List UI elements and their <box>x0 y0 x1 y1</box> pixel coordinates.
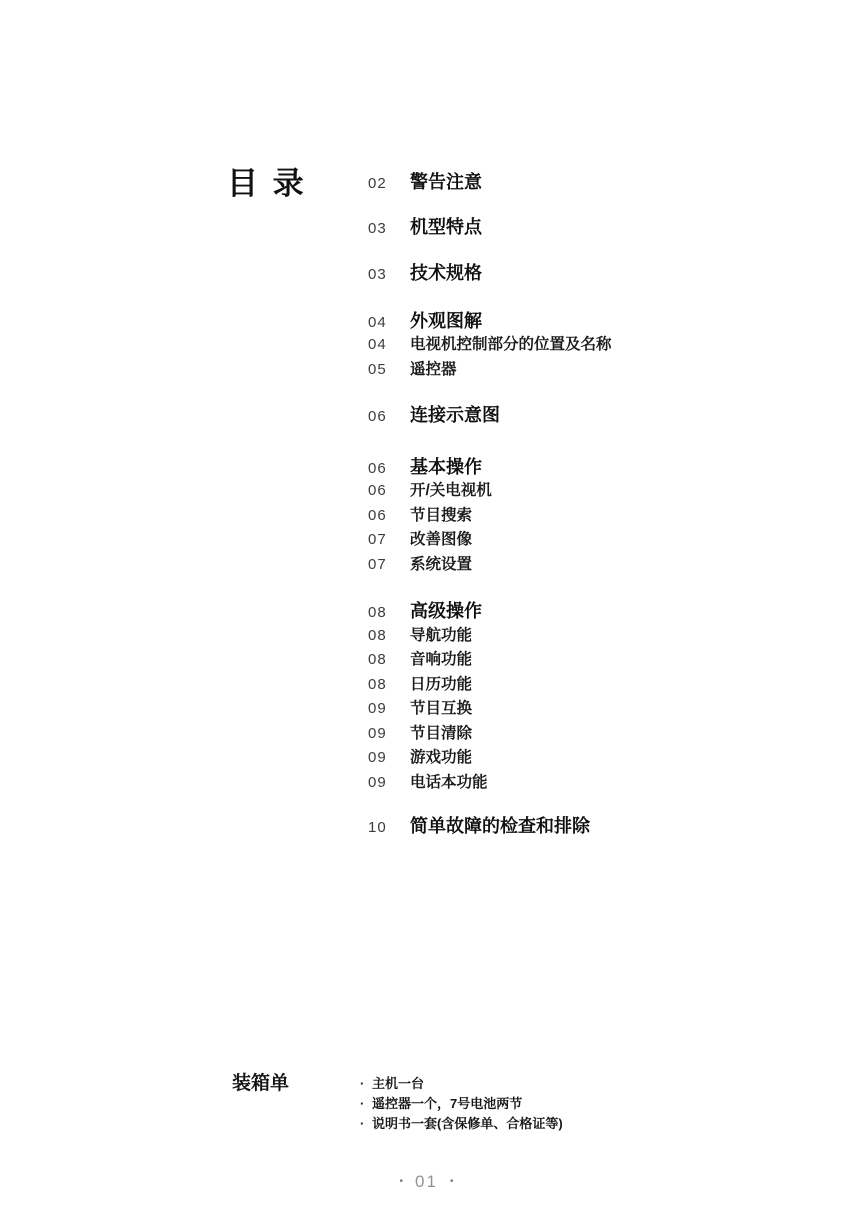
toc-entry-page-number: 09 <box>368 746 410 771</box>
packing-list: ·主机一台·遥控器一个，7号电池两节·说明书一套(含保修单、合格证等) <box>360 1074 563 1134</box>
toc-entry-label: 改善图像 <box>410 528 472 553</box>
packing-item-text: 说明书一套(含保修单、合格证等) <box>372 1116 563 1131</box>
packing-list-title: 装箱单 <box>232 1068 289 1095</box>
packing-list-item: ·遥控器一个，7号电池两节 <box>360 1094 563 1114</box>
toc-group: 10简单故障的检查和排除 <box>368 814 798 839</box>
toc-entry-label: 开/关电视机 <box>410 479 492 504</box>
packing-list-item: ·主机一台 <box>360 1074 563 1094</box>
packing-item-text: 主机一台 <box>372 1076 424 1091</box>
page-title: 目 录 <box>227 158 307 203</box>
toc-entry-page-number: 08 <box>368 648 410 673</box>
toc-entry-label: 遥控器 <box>410 358 457 383</box>
toc-entry-page-number: 07 <box>368 553 410 578</box>
toc-entry-page-number: 04 <box>368 333 410 358</box>
toc-list: 02警告注意03机型特点03技术规格04外观图解04电视机控制部分的位置及名称0… <box>368 170 798 839</box>
bullet-icon: · <box>360 1114 372 1134</box>
toc-group: 04外观图解04电视机控制部分的位置及名称05遥控器 <box>368 309 798 383</box>
toc-entry-page-number: 06 <box>368 457 410 482</box>
toc-entry-label: 机型特点 <box>410 215 482 240</box>
toc-entry-page-number: 08 <box>368 624 410 649</box>
toc-entry: 04电视机控制部分的位置及名称 <box>368 333 798 358</box>
toc-entry-label: 游戏功能 <box>410 746 472 771</box>
toc-entry: 06连接示意图 <box>368 403 798 428</box>
toc-entry: 09游戏功能 <box>368 746 798 771</box>
toc-entry-label: 警告注意 <box>410 170 482 195</box>
toc-entry-label: 高级操作 <box>410 599 482 624</box>
toc-entry-label: 基本操作 <box>410 455 482 480</box>
toc-entry: 03技术规格 <box>368 261 798 286</box>
packing-item-text: 遥控器一个，7号电池两节 <box>372 1096 522 1111</box>
toc-entry-page-number: 10 <box>368 816 410 841</box>
toc-entry-page-number: 07 <box>368 528 410 553</box>
toc-entry: 06基本操作 <box>368 455 798 480</box>
toc-entry-page-number: 03 <box>368 217 410 242</box>
toc-group: 06连接示意图 <box>368 403 798 428</box>
page-footer: •01• <box>0 1172 853 1192</box>
toc-entry: 08导航功能 <box>368 624 798 649</box>
toc-entry-label: 导航功能 <box>410 624 472 649</box>
bullet-icon: · <box>360 1094 372 1114</box>
toc-entry-label: 节目清除 <box>410 722 472 747</box>
toc-group: 02警告注意 <box>368 170 798 195</box>
toc-group: 03技术规格 <box>368 261 798 286</box>
bullet-icon: · <box>360 1074 372 1094</box>
footer-page-number: 01 <box>415 1172 438 1192</box>
toc-entry-label: 外观图解 <box>410 309 482 334</box>
footer-dot-icon: • <box>400 1176 404 1187</box>
toc-entry-page-number: 09 <box>368 697 410 722</box>
toc-entry-page-number: 03 <box>368 263 410 288</box>
toc-entry: 03机型特点 <box>368 215 798 240</box>
toc-group: 03机型特点 <box>368 215 798 240</box>
toc-entry: 10简单故障的检查和排除 <box>368 814 798 839</box>
toc-entry-page-number: 05 <box>368 358 410 383</box>
toc-entry-page-number: 06 <box>368 504 410 529</box>
toc-entry-label: 节目互换 <box>410 697 472 722</box>
packing-list-item: ·说明书一套(含保修单、合格证等) <box>360 1114 563 1134</box>
toc-entry-label: 音响功能 <box>410 648 472 673</box>
toc-entry-label: 电话本功能 <box>410 771 488 796</box>
toc-entry-page-number: 09 <box>368 722 410 747</box>
toc-entry-label: 技术规格 <box>410 261 482 286</box>
toc-entry-label: 简单故障的检查和排除 <box>410 814 590 839</box>
manual-toc-page: 目 录 02警告注意03机型特点03技术规格04外观图解04电视机控制部分的位置… <box>0 0 853 1232</box>
toc-entry: 09节目互换 <box>368 697 798 722</box>
toc-group: 06基本操作06开/关电视机06节目搜索07改善图像07系统设置 <box>368 455 798 578</box>
toc-entry: 02警告注意 <box>368 170 798 195</box>
toc-entry: 04外观图解 <box>368 309 798 334</box>
toc-entry: 08日历功能 <box>368 673 798 698</box>
toc-entry: 07改善图像 <box>368 528 798 553</box>
toc-entry: 08高级操作 <box>368 599 798 624</box>
toc-entry: 07系统设置 <box>368 553 798 578</box>
toc-entry-page-number: 08 <box>368 673 410 698</box>
toc-entry-label: 日历功能 <box>410 673 472 698</box>
toc-entry-page-number: 08 <box>368 601 410 626</box>
toc-entry: 05遥控器 <box>368 358 798 383</box>
toc-entry-page-number: 06 <box>368 479 410 504</box>
toc-entry-page-number: 06 <box>368 405 410 430</box>
toc-entry: 06开/关电视机 <box>368 479 798 504</box>
toc-group: 08高级操作08导航功能08音响功能08日历功能09节目互换09节目清除09游戏… <box>368 599 798 795</box>
toc-entry-label: 节目搜索 <box>410 504 472 529</box>
footer-dot-icon: • <box>450 1176 454 1187</box>
toc-entry-page-number: 09 <box>368 771 410 796</box>
toc-entry: 06节目搜索 <box>368 504 798 529</box>
toc-entry-page-number: 02 <box>368 172 410 197</box>
toc-entry-label: 系统设置 <box>410 553 472 578</box>
toc-entry: 08音响功能 <box>368 648 798 673</box>
toc-entry: 09电话本功能 <box>368 771 798 796</box>
toc-entry-label: 连接示意图 <box>410 403 500 428</box>
toc-entry-label: 电视机控制部分的位置及名称 <box>410 333 612 358</box>
toc-entry: 09节目清除 <box>368 722 798 747</box>
toc-entry-page-number: 04 <box>368 311 410 336</box>
